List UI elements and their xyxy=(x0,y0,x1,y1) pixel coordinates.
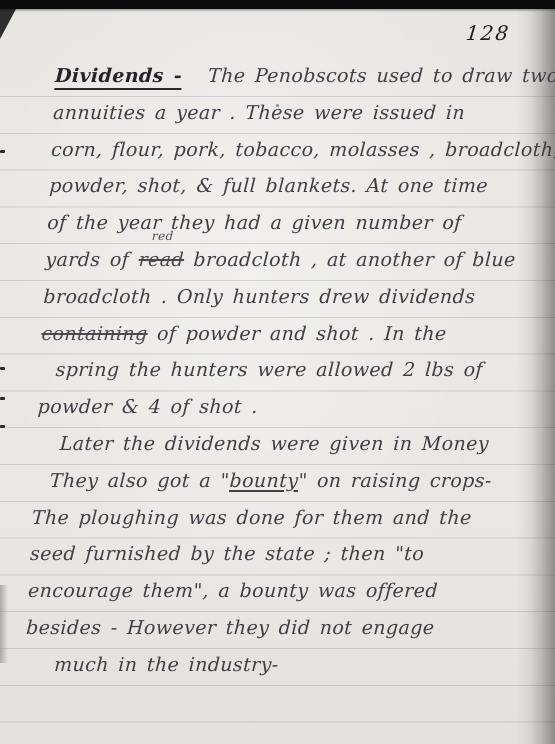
line-text: besides - However they did not engage xyxy=(26,617,436,639)
binding-mark xyxy=(0,150,5,153)
line-text: powder & 4 of shot . xyxy=(37,396,258,418)
line-text: spring the hunters were allowed 2 lbs of xyxy=(55,359,483,381)
line-text: They also got a " xyxy=(49,470,230,492)
line-text: powder, shot, & full blankets. At one ti… xyxy=(49,175,489,197)
scanned-notebook-page: 128 Dividends -The Penobscots used to dr… xyxy=(0,0,555,744)
handwriting-line: annuities a year . These were issued in xyxy=(52,95,549,132)
line-text: seed furnished by the state ; then "to xyxy=(29,543,424,565)
handwriting-line: corn, flour, pork, tobacco, molasses , b… xyxy=(50,132,547,169)
handwriting-line: seed furnished by the state ; then "to xyxy=(29,536,526,573)
line-text: encourage them", a bounty was offered xyxy=(27,580,438,602)
line-text: The ploughing was done for them and the xyxy=(31,507,472,529)
inserted-word-above: red xyxy=(152,230,174,242)
line-text: Later the dividends were given in Money xyxy=(59,433,489,455)
handwriting-line: much in the industry- xyxy=(23,647,520,684)
line-text: corn, flour, pork, tobacco, molasses , b… xyxy=(51,139,555,161)
handwriting-line: besides - However they did not engage xyxy=(25,610,522,647)
paper: 128 Dividends -The Penobscots used to dr… xyxy=(0,9,555,744)
top-left-corner-nick xyxy=(0,9,16,39)
line-text: " on raising crops- xyxy=(298,470,492,492)
line-text: broadcloth , at another of blue xyxy=(183,249,516,271)
handwriting-line: encourage them", a bounty was offered xyxy=(27,573,524,610)
edge-smudge xyxy=(0,585,8,663)
handwriting: Dividends -The Penobscots used to draw t… xyxy=(23,58,551,684)
section-heading-underlined: Dividends - xyxy=(54,65,182,90)
correction-wrap: redread xyxy=(138,242,185,279)
handwriting-line: They also got a "bounty" on raising crop… xyxy=(33,463,530,500)
line-text: annuities a year . These were issued in xyxy=(53,102,466,124)
line-text: yards of xyxy=(45,249,139,271)
line-text: broadcloth . Only hunters drew dividends xyxy=(43,286,476,308)
paper-top-edge-shadow xyxy=(0,9,555,12)
handwriting-line: powder, shot, & full blankets. At one ti… xyxy=(48,168,545,205)
line-text: much in the industry- xyxy=(54,654,280,676)
handwriting-line: The ploughing was done for them and the xyxy=(31,500,528,537)
binding-mark xyxy=(0,425,5,428)
line-text: of the year they had a given number of xyxy=(47,212,462,234)
binding-mark xyxy=(0,397,5,400)
handwriting-line: broadcloth . Only hunters drew dividends xyxy=(43,279,540,316)
handwriting-line: containing of powder and shot . In the xyxy=(41,316,538,353)
handwriting-line: of the year they had a given number of xyxy=(46,205,543,242)
handwriting-line: yards of redread broadcloth , at another… xyxy=(44,242,541,279)
line-text: The Penobscots used to draw two xyxy=(208,65,555,87)
struck-word: containing xyxy=(41,323,148,345)
underlined-word: bounty xyxy=(229,470,299,492)
handwriting-line: Later the dividends were given in Money xyxy=(35,426,532,463)
struck-word: read xyxy=(138,249,185,271)
handwriting-line: powder & 4 of shot . xyxy=(37,389,534,426)
handwriting-line: spring the hunters were allowed 2 lbs of xyxy=(39,352,536,389)
page-number: 128 xyxy=(465,21,512,45)
handwriting-line: Dividends -The Penobscots used to draw t… xyxy=(54,58,551,95)
binding-mark xyxy=(0,367,5,370)
line-text: of powder and shot . In the xyxy=(147,323,447,345)
